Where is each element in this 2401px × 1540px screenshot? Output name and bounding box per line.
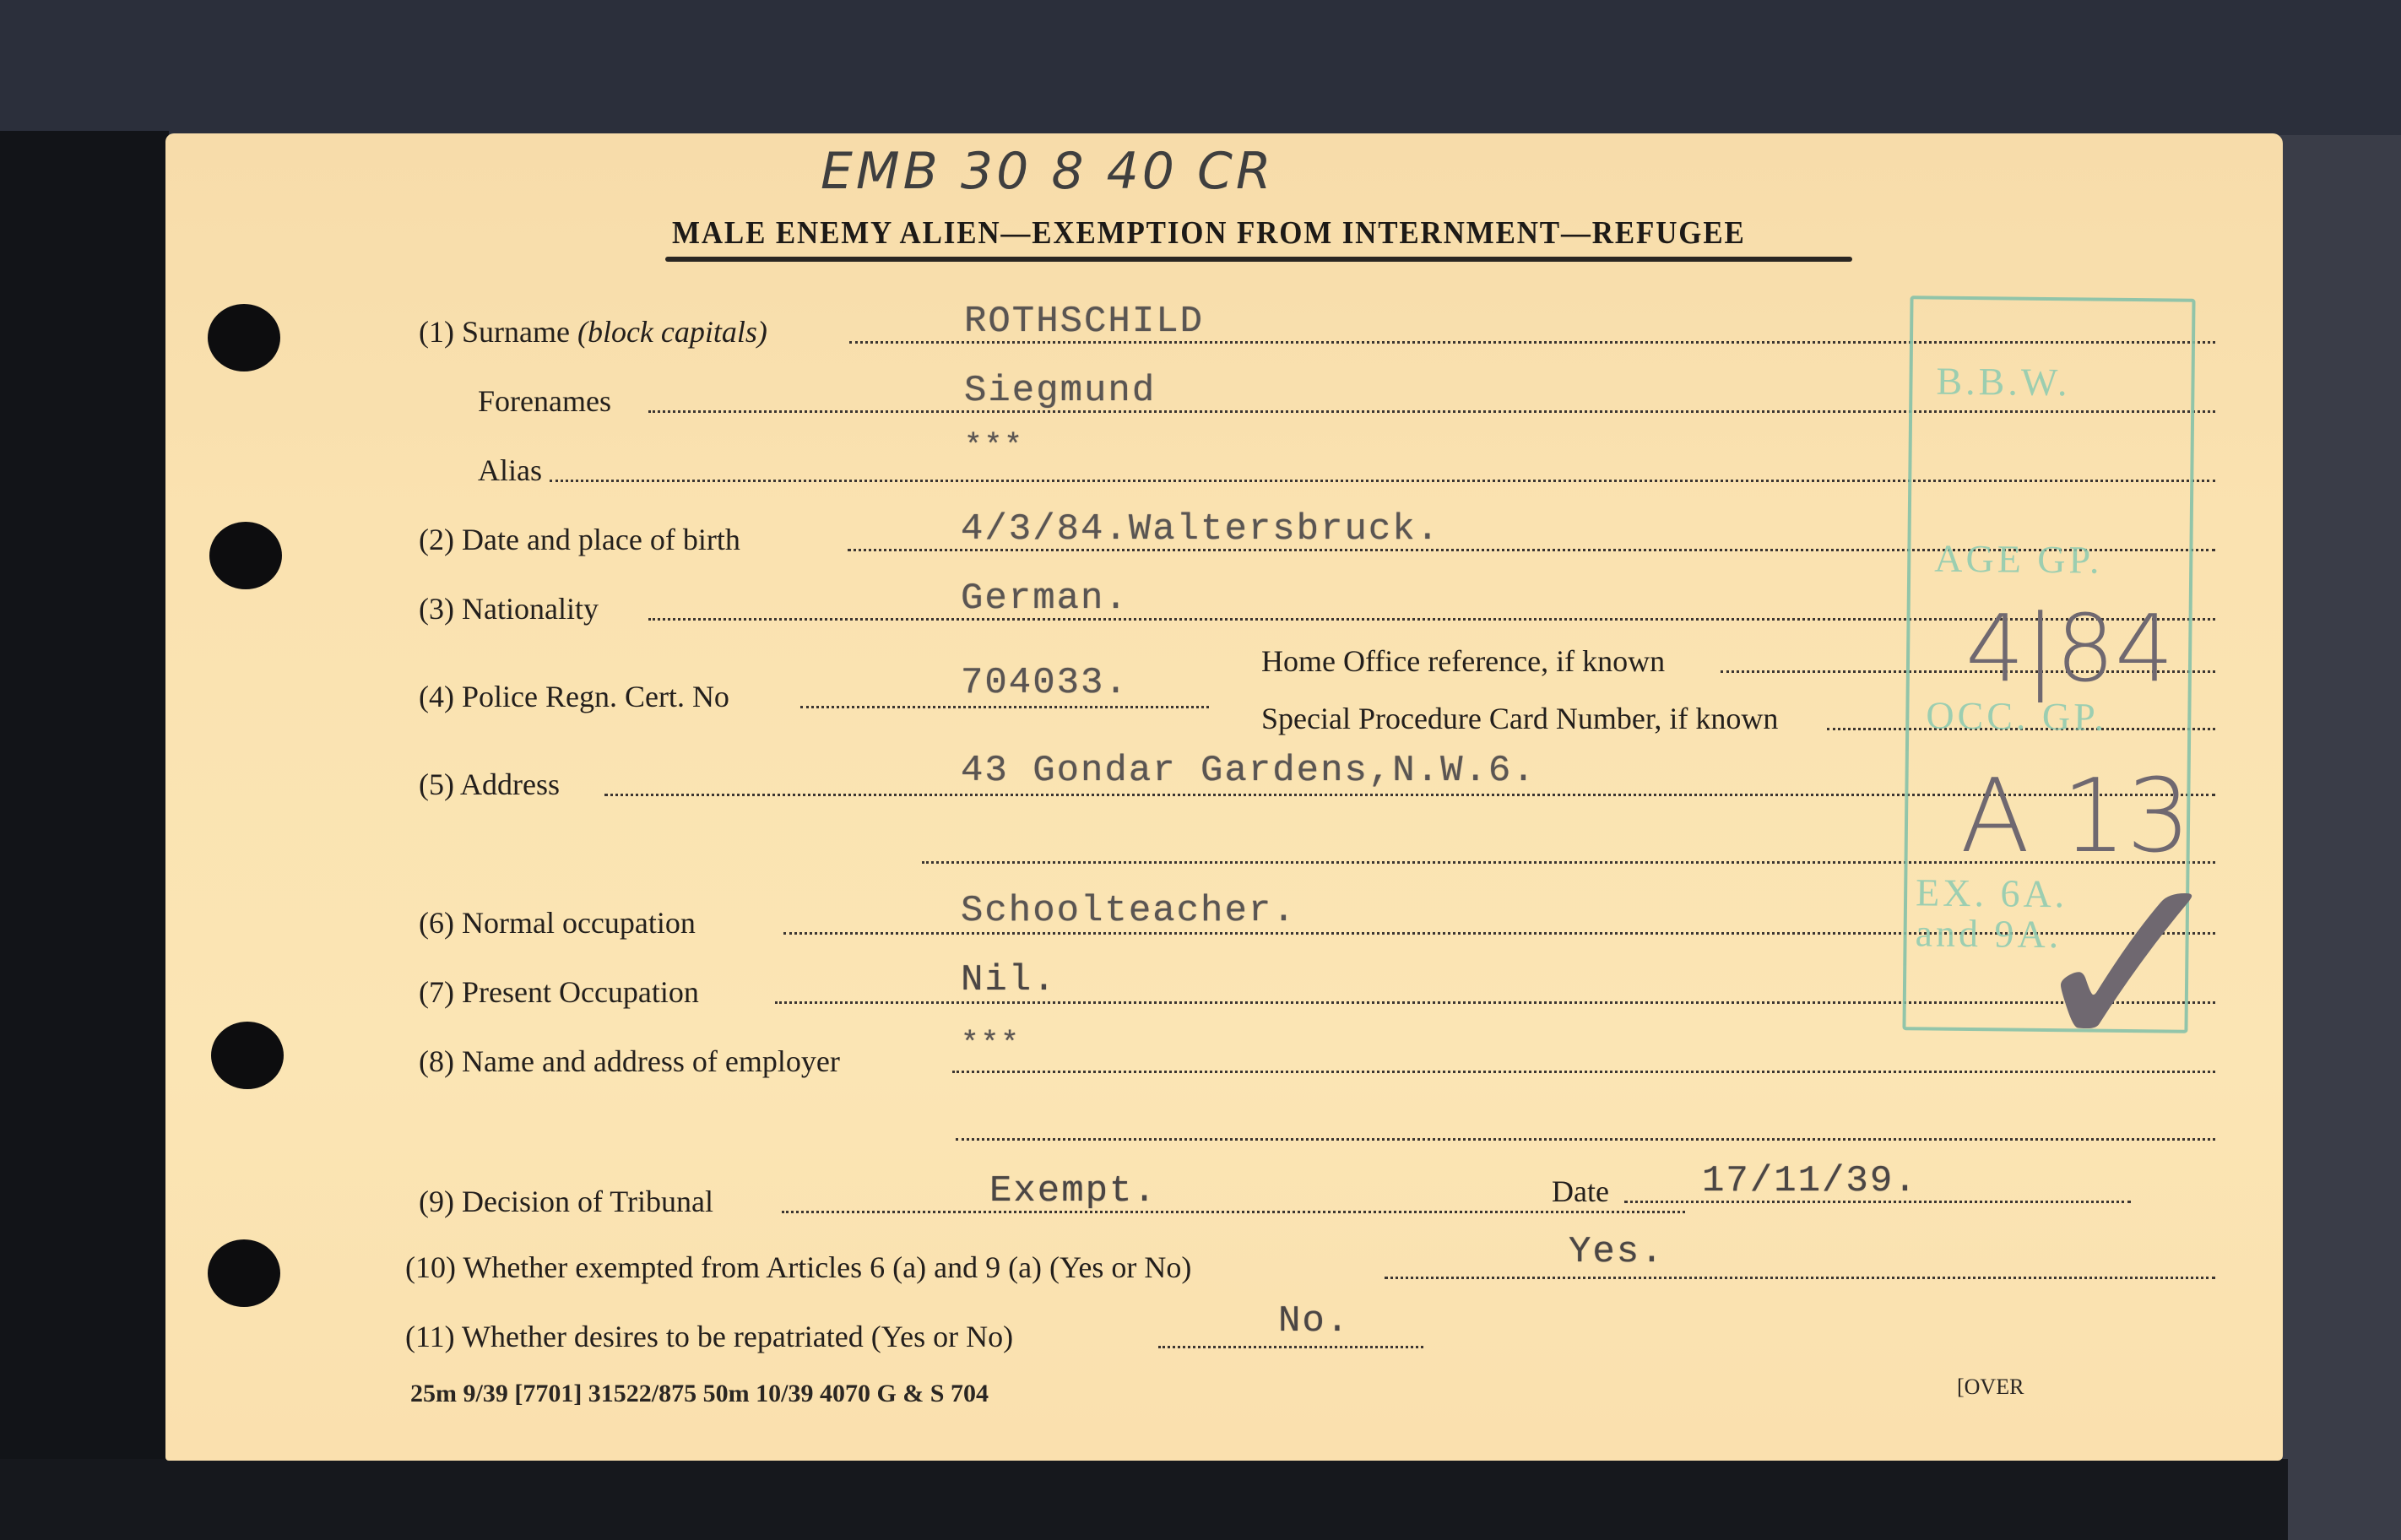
surname-value[interactable]: ROTHSCHILD (964, 301, 1204, 343)
background-top (0, 0, 2401, 135)
alias-value[interactable]: *** (964, 429, 1024, 464)
background-bottom (0, 1459, 2288, 1540)
punch-hole-3 (211, 1022, 284, 1089)
handwritten-annotation: EMB 30 8 40 CR (821, 142, 1275, 201)
forenames-label: Forenames (478, 383, 611, 419)
background-left-board (0, 131, 169, 1540)
forenames-value[interactable]: Siegmund (964, 370, 1156, 412)
nationality-label: (3) Nationality (419, 591, 599, 626)
normal-occupation-label: (6) Normal occupation (419, 905, 696, 941)
punch-hole-4 (208, 1239, 280, 1307)
over-marker: [OVER (1957, 1375, 2024, 1400)
pencil-checkmark: ✓ (2023, 839, 2235, 1093)
tribunal-date-label: Date (1552, 1174, 1609, 1209)
repatriation-line (1158, 1346, 1423, 1348)
nationality-value[interactable]: German. (961, 577, 1129, 620)
tribunal-decision-label: (9) Decision of Tribunal (419, 1184, 713, 1219)
police-cert-value[interactable]: 704033. (961, 662, 1129, 704)
tribunal-decision-line (782, 1211, 1685, 1213)
background-right-fabric (2279, 135, 2401, 1540)
surname-label: (1) Surname (block capitals) (419, 314, 767, 350)
exempted-articles-line (1385, 1277, 2215, 1279)
exempted-articles-label: (10) Whether exempted from Articles 6 (a… (405, 1250, 1191, 1285)
special-procedure-label: Special Procedure Card Number, if known (1261, 701, 1778, 736)
alias-label: Alias (478, 453, 542, 488)
stamp-age-group: AGE GP. (1934, 536, 2103, 583)
employer-value[interactable]: *** (961, 1027, 1021, 1061)
exempted-articles-value[interactable]: Yes. (1569, 1231, 1665, 1273)
employer-label: (8) Name and address of employer (419, 1044, 840, 1079)
police-cert-line (800, 706, 1209, 708)
stamp-bbw: B.B.W. (1936, 359, 2071, 405)
tribunal-decision-value[interactable]: Exempt. (989, 1170, 1157, 1212)
birth-value[interactable]: 4/3/84.Waltersbruck. (961, 508, 1440, 550)
footer-print-code: 25m 9/39 [7701] 31522/875 50m 10/39 4070… (410, 1380, 989, 1408)
address-value[interactable]: 43 Gondar Gardens,N.W.6. (961, 750, 1537, 792)
title-underline (665, 257, 1852, 262)
present-occupation-value[interactable]: Nil. (961, 959, 1057, 1001)
employer-line-2 (956, 1138, 2215, 1141)
punch-hole-1 (208, 304, 280, 371)
birth-label: (2) Date and place of birth (419, 522, 740, 557)
police-cert-label: (4) Police Regn. Cert. No (419, 679, 729, 714)
pencil-age-group: 4|84 (1965, 594, 2174, 702)
normal-occupation-value[interactable]: Schoolteacher. (961, 890, 1297, 932)
repatriation-value[interactable]: No. (1278, 1300, 1350, 1342)
repatriation-label: (11) Whether desires to be repatriated (… (405, 1319, 1013, 1354)
card-title: MALE ENEMY ALIEN—EXEMPTION FROM INTERNME… (672, 214, 1746, 252)
home-office-ref-label: Home Office reference, if known (1261, 643, 1665, 679)
tribunal-date-value[interactable]: 17/11/39. (1702, 1160, 1918, 1202)
present-occupation-label: (7) Present Occupation (419, 974, 699, 1010)
index-card: EMB 30 8 40 CR MALE ENEMY ALIEN—EXEMPTIO… (165, 133, 2283, 1461)
punch-hole-2 (209, 522, 282, 589)
address-label: (5) Address (419, 767, 560, 802)
